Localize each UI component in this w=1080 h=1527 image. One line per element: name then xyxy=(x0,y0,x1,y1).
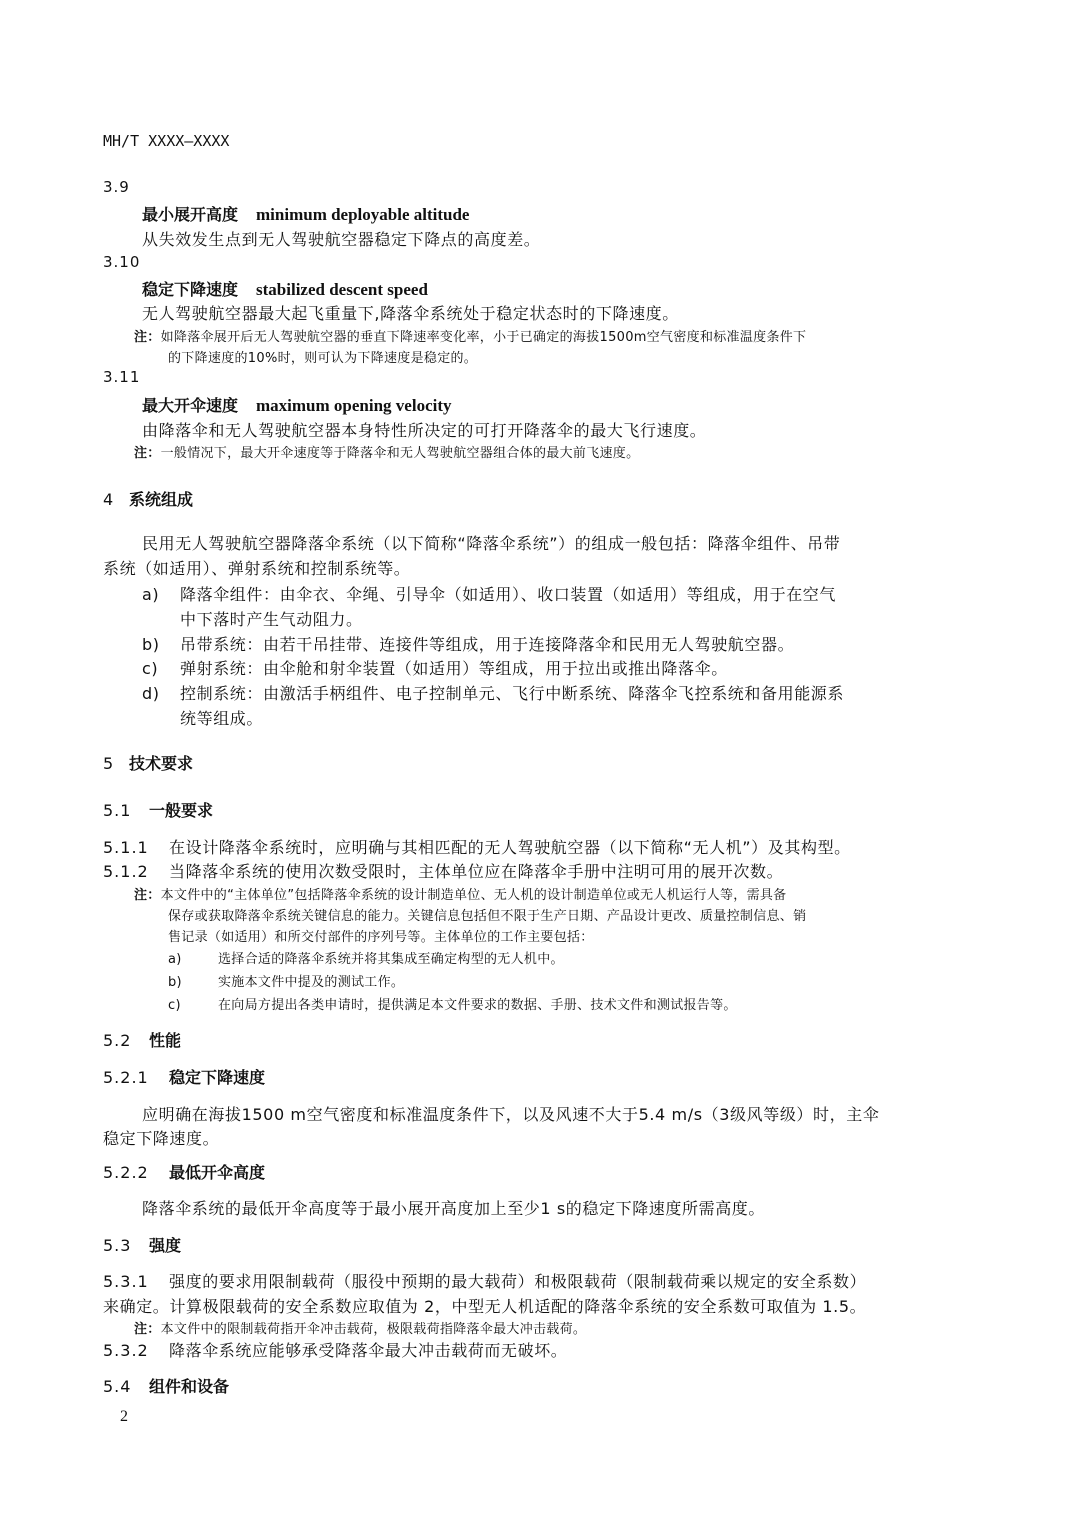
clause-number: 5.2.2 xyxy=(103,1163,169,1182)
term-cn: 稳定下降速度 xyxy=(142,280,238,299)
subsection-title: 性能 xyxy=(149,1031,181,1050)
term-definition: 由降落伞和无人驾驶航空器本身特性所决定的可打开降落伞的最大飞行速度。 xyxy=(142,418,706,441)
subsection-number: 5.1 xyxy=(103,801,149,820)
term-en: stabilized descent speed xyxy=(256,280,428,299)
note: 注：本文件中的“主体单位”包括降落伞系统的设计制造单位、无人机的设计制造单位或无… xyxy=(134,884,786,903)
note-list-item: b)实施本文件中提及的测试工作。 xyxy=(168,971,404,990)
paragraph: 民用无人驾驶航空器降落伞系统（以下简称“降落伞系统”）的组成一般包括：降落伞组件… xyxy=(142,531,840,554)
clause-text: 在设计降落伞系统时，应明确与其相匹配的无人驾驶航空器（以下简称“无人机”）及其构… xyxy=(169,838,851,857)
note-label: 注： xyxy=(134,888,161,903)
subsection-number: 5.4 xyxy=(103,1377,149,1396)
clause-text: 强度的要求用限制载荷（服役中预期的最大载荷）和极限载荷（限制载荷乘以规定的安全系… xyxy=(169,1272,866,1291)
term-cn: 最大开伞速度 xyxy=(142,396,238,415)
list-text: 实施本文件中提及的测试工作。 xyxy=(218,975,404,990)
list-label: a) xyxy=(168,952,218,967)
clause-number: 5.1.1 xyxy=(103,838,169,857)
paragraph: 降落伞系统的最低开伞高度等于最小展开高度加上至少1 s的稳定下降速度所需高度。 xyxy=(142,1196,765,1219)
term-title: 最大开伞速度maximum opening velocity xyxy=(142,393,452,416)
clause-number: 5.1.2 xyxy=(103,862,169,881)
list-label: b) xyxy=(142,635,180,654)
list-text: 弹射系统：由伞舱和射伞装置（如适用）等组成，用于拉出或推出降落伞。 xyxy=(180,659,728,678)
clause-number: 5.3.2 xyxy=(103,1341,169,1360)
note-label: 注： xyxy=(134,1322,161,1337)
list-label: c) xyxy=(168,998,218,1013)
list-label: d) xyxy=(142,684,180,703)
section-heading: 4系统组成 xyxy=(103,487,193,510)
note: 注：本文件中的限制载荷指开伞冲击载荷，极限载荷指降落伞最大冲击载荷。 xyxy=(134,1318,586,1337)
note-continuation: 的下降速度的10%时，则可认为下降速度是稳定的。 xyxy=(168,347,477,366)
term-title: 最小展开高度minimum deployable altitude xyxy=(142,202,469,225)
note: 注：如降落伞展开后无人驾驶航空器的垂直下降速率变化率，小于已确定的海拔1500m… xyxy=(134,326,806,345)
paragraph-continuation: 系统（如适用）、弹射系统和控制系统等。 xyxy=(103,556,410,579)
list-label: a) xyxy=(142,585,180,604)
list-text: 在向局方提出各类申请时，提供满足本文件要求的数据、手册、技术文件和测试报告等。 xyxy=(218,998,737,1013)
paragraph: 应明确在海拔1500 m空气密度和标准温度条件下，以及风速不大于5.4 m/s（… xyxy=(142,1102,879,1125)
section-heading: 5技术要求 xyxy=(103,751,193,774)
subsection-number: 5.3 xyxy=(103,1236,149,1255)
list-text: 降落伞组件：由伞衣、伞绳、引导伞（如适用）、收口装置（如适用）等组成，用于在空气 xyxy=(180,585,836,604)
list-label: b) xyxy=(168,975,218,990)
list-text: 吊带系统：由若干吊挂带、连接件等组成，用于连接降落伞和民用无人驾驶航空器。 xyxy=(180,635,794,654)
subsection-number: 5.2 xyxy=(103,1031,149,1050)
list-item: d)控制系统：由激活手柄组件、电子控制单元、飞行中断系统、降落伞飞控系统和备用能… xyxy=(142,681,844,704)
term-en: maximum opening velocity xyxy=(256,396,452,415)
section-title: 技术要求 xyxy=(129,754,193,773)
term-title: 稳定下降速度stabilized descent speed xyxy=(142,277,428,300)
clause-number: 5.2.1 xyxy=(103,1068,169,1087)
section-number: 4 xyxy=(103,490,129,509)
note-text: 本文件中的“主体单位”包括降落伞系统的设计制造单位、无人机的设计制造单位或无人机… xyxy=(161,888,787,903)
list-text: 选择合适的降落伞系统并将其集成至确定构型的无人机中。 xyxy=(218,952,564,967)
subsection-heading: 5.2性能 xyxy=(103,1028,181,1051)
clause-title: 最低开伞高度 xyxy=(169,1163,265,1182)
clause: 5.1.2当降落伞系统的使用次数受限时，主体单位应在降落伞手册中注明可用的展开次… xyxy=(103,859,783,882)
clause-text: 降落伞系统应能够承受降落伞最大冲击载荷而无破坏。 xyxy=(169,1341,567,1360)
page-number: 2 xyxy=(120,1408,128,1426)
section-title: 系统组成 xyxy=(129,490,193,509)
clause: 5.3.2降落伞系统应能够承受降落伞最大冲击载荷而无破坏。 xyxy=(103,1338,567,1361)
note-list-item: c)在向局方提出各类申请时，提供满足本文件要求的数据、手册、技术文件和测试报告等… xyxy=(168,994,737,1013)
term-number: 3.11 xyxy=(103,368,140,386)
list-item: b)吊带系统：由若干吊挂带、连接件等组成，用于连接降落伞和民用无人驾驶航空器。 xyxy=(142,632,794,655)
note-label: 注： xyxy=(134,446,161,461)
term-number: 3.9 xyxy=(103,178,130,196)
document-code: MH/T XXXX—XXXX xyxy=(103,132,229,150)
clause: 5.1.1在设计降落伞系统时，应明确与其相匹配的无人驾驶航空器（以下简称“无人机… xyxy=(103,835,851,858)
list-label: c) xyxy=(142,659,180,678)
term-cn: 最小展开高度 xyxy=(142,205,238,224)
term-definition: 从失效发生点到无人驾驶航空器稳定下降点的高度差。 xyxy=(142,227,540,250)
paragraph-continuation: 稳定下降速度。 xyxy=(103,1126,219,1149)
note-text: 本文件中的限制载荷指开伞冲击载荷，极限载荷指降落伞最大冲击载荷。 xyxy=(161,1322,587,1337)
note-continuation: 保存或获取降落伞系统关键信息的能力。关键信息包括但不限于生产日期、产品设计更改、… xyxy=(168,905,806,924)
subsection-heading: 5.4组件和设备 xyxy=(103,1374,229,1397)
clause-title: 稳定下降速度 xyxy=(169,1068,265,1087)
clause-heading: 5.2.1稳定下降速度 xyxy=(103,1065,265,1088)
term-definition: 无人驾驶航空器最大起飞重量下,降落伞系统处于稳定状态时的下降速度。 xyxy=(142,301,679,324)
note-list-item: a)选择合适的降落伞系统并将其集成至确定构型的无人机中。 xyxy=(168,948,564,967)
clause-text: 当降落伞系统的使用次数受限时，主体单位应在降落伞手册中注明可用的展开次数。 xyxy=(169,862,783,881)
term-en: minimum deployable altitude xyxy=(256,205,469,224)
list-item: a)降落伞组件：由伞衣、伞绳、引导伞（如适用）、收口装置（如适用）等组成，用于在… xyxy=(142,582,836,605)
note-text: 一般情况下，最大开伞速度等于降落伞和无人驾驶航空器组合体的最大前飞速度。 xyxy=(161,446,640,461)
term-number: 3.10 xyxy=(103,253,140,271)
note-text: 如降落伞展开后无人驾驶航空器的垂直下降速率变化率，小于已确定的海拔1500m空气… xyxy=(161,330,807,345)
clause-number: 5.3.1 xyxy=(103,1272,169,1291)
list-text: 控制系统：由激活手柄组件、电子控制单元、飞行中断系统、降落伞飞控系统和备用能源系 xyxy=(180,684,844,703)
list-continuation: 中下落时产生气动阻力。 xyxy=(180,607,363,630)
subsection-heading: 5.3强度 xyxy=(103,1233,181,1256)
clause-continuation: 来确定。计算极限载荷的安全系数应取值为 2，中型无人机适配的降落伞系统的安全系数… xyxy=(103,1294,866,1317)
subsection-heading: 5.1一般要求 xyxy=(103,798,213,821)
clause: 5.3.1强度的要求用限制载荷（服役中预期的最大载荷）和极限载荷（限制载荷乘以规… xyxy=(103,1269,866,1292)
clause-heading: 5.2.2最低开伞高度 xyxy=(103,1160,265,1183)
section-number: 5 xyxy=(103,754,129,773)
note-continuation: 售记录（如适用）和所交付部件的序列号等。主体单位的工作主要包括： xyxy=(168,926,594,945)
list-item: c)弹射系统：由伞舱和射伞装置（如适用）等组成，用于拉出或推出降落伞。 xyxy=(142,656,728,679)
subsection-title: 强度 xyxy=(149,1236,181,1255)
list-continuation: 统等组成。 xyxy=(180,706,263,729)
subsection-title: 组件和设备 xyxy=(149,1377,229,1396)
note-label: 注： xyxy=(134,330,161,345)
note: 注：一般情况下，最大开伞速度等于降落伞和无人驾驶航空器组合体的最大前飞速度。 xyxy=(134,442,639,461)
subsection-title: 一般要求 xyxy=(149,801,213,820)
